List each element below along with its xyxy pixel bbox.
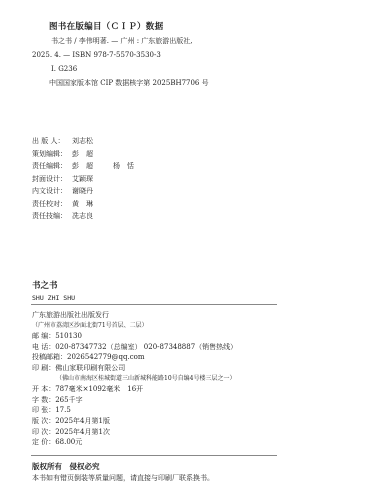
credit-value: 谢晓丹 [72,187,93,195]
cip-title: 图书在版编目（ＣＩＰ）数据 [49,20,163,32]
credit-label: 责任编辑： [32,160,72,173]
credit-row: 策划编辑：彭 超 [32,148,134,161]
credit-label: 责任校对： [32,198,72,211]
email: 投稿邮箱：2026542779@qq.com [32,352,237,363]
word-count: 字 数：265千字 [32,395,237,406]
credit-row: 责任校对：黄 琳 [32,198,134,211]
credit-row: 封面设计：艾颖琛 [32,173,134,186]
credit-row: 责任技编：冼志良 [32,210,134,223]
cip-line-2: 2025. 4. — ISBN 978-7-5570-3530-3 [32,50,161,60]
publisher: 广东旅游出版社出版发行 [32,310,237,321]
divider-bottom [31,455,277,456]
credit-value: 刘志松 [72,137,93,145]
credit-label: 内文设计： [32,185,72,198]
rights-title: 版权所有 侵权必究 [32,461,100,472]
credit-row: 出 版 人：刘志松 [32,135,134,148]
postcode: 邮 编：510130 [32,331,237,342]
divider-top [31,304,277,305]
publication-info: 广东旅游出版社出版发行 （广州市荔湾区沙面北街71号首层、二层） 邮 编：510… [32,310,237,448]
credit-value: 艾颖琛 [72,175,93,183]
cip-line-3: Ⅰ. G236 [51,64,77,74]
credit-row: 责任编辑：彭 超杨 恬 [32,160,134,173]
cip-line-4: 中国国家版本馆 CIP 数据核字第 2025BH7706 号 [49,78,209,88]
credits-list: 出 版 人：刘志松 策划编辑：彭 超 责任编辑：彭 超杨 恬 封面设计：艾颖琛 … [32,135,134,223]
credit-value: 冼志良 [72,212,93,220]
phone: 电 话：020-87347732（总编室） 020-87348887（销售热线） [32,342,237,353]
credit-value: 黄 琳 [72,200,93,208]
credit-row: 内文设计：谢晓丹 [32,185,134,198]
credit-label: 封面设计： [32,173,72,186]
credit-label: 出 版 人： [32,135,72,148]
credit-label: 责任技编： [32,210,72,223]
printer: 印 刷：佛山家联印刷有限公司 [32,363,237,374]
cip-line-1: 书之书 / 李伟明著. — 广州 : 广东旅游出版社, [51,36,193,46]
credit-value-2: 杨 恬 [113,162,134,170]
rights-note: 本书如有错页倒装等质量问题，请直接与印刷厂联系换书。 [32,473,214,483]
format: 开 本：787毫米×1092毫米 16开 [32,384,237,395]
price: 定 价：68.00元 [32,437,237,448]
book-title: 书之书 [32,279,58,291]
printing: 印 次：2025年4月第1次 [32,427,237,438]
credit-value: 彭 超 [72,162,93,170]
sheets: 印 张：17.5 [32,405,237,416]
book-pinyin: SHU ZHI SHU [32,294,75,302]
publisher-address: （广州市荔湾区沙面北街71号首层、二层） [32,321,237,332]
credit-label: 策划编辑： [32,148,72,161]
printer-address: （佛山市南海区桂城街道三山新城科能路10号自编4号楼三层之一） [32,374,237,385]
credit-value: 彭 超 [72,150,93,158]
edition: 版 次：2025年4月第1版 [32,416,237,427]
